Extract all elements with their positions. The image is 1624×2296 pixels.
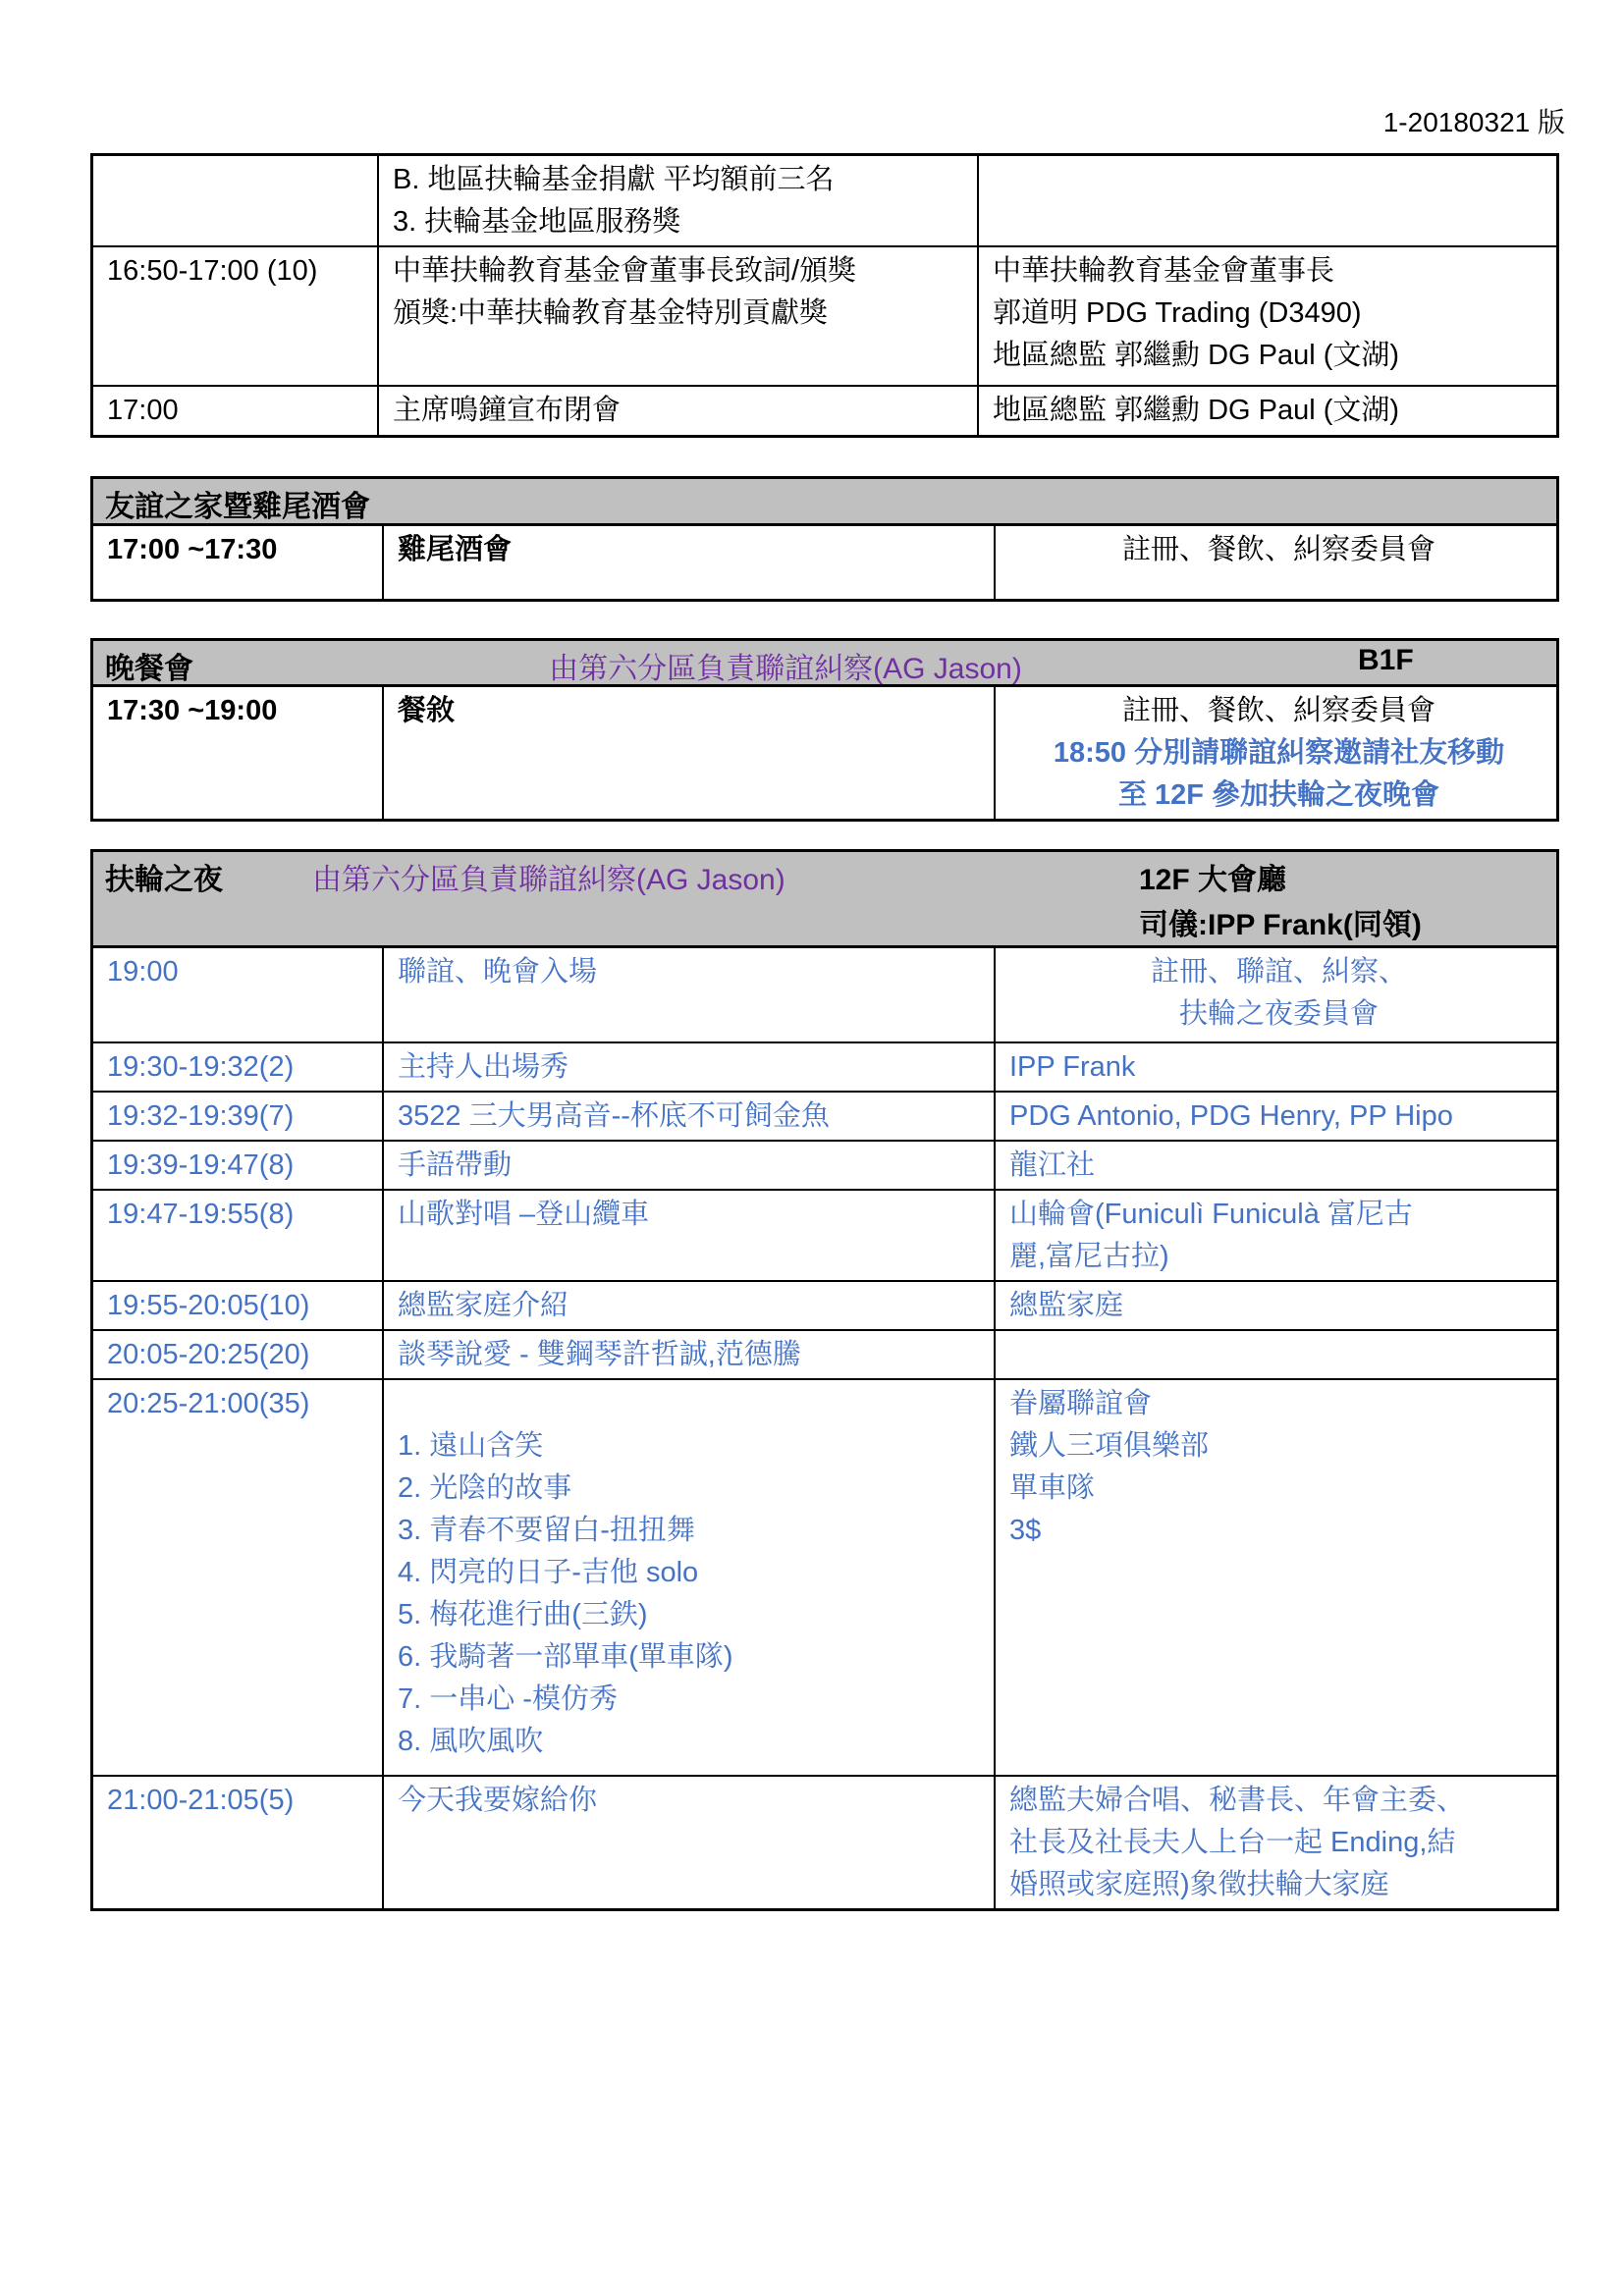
- table-row: 19:55-20:05(10)總監家庭介紹總監家庭: [93, 1282, 1556, 1331]
- table-row: 17:30 ~19:00餐敘註冊、餐飲、糾察委員會18:50 分別請聯誼糾察邀請…: [93, 687, 1556, 819]
- program-cell: 雞尾酒會: [384, 526, 996, 599]
- cell-line: 3. 扶輪基金地區服務獎: [393, 201, 969, 243]
- responsible-cell: 註冊、餐飲、糾察委員會: [996, 526, 1556, 599]
- cell-line: 主席鳴鐘宣布閉會: [393, 390, 969, 432]
- time-cell: 20:25-21:00(35): [93, 1380, 384, 1775]
- cell-line: 中華扶輪教育基金會董事長: [993, 250, 1548, 293]
- responsible-cell: 註冊、聯誼、糾察、扶輪之夜委員會: [996, 948, 1556, 1041]
- table-row: 17:00主席鳴鐘宣布閉會地區總監 郭繼勳 DG Paul (文湖): [93, 387, 1556, 435]
- time-cell: 16:50-17:00 (10): [93, 247, 379, 385]
- table-row: 19:39-19:47(8)手語帶動龍江社: [93, 1142, 1556, 1191]
- table-row: 19:30-19:32(2)主持人出場秀IPP Frank: [93, 1043, 1556, 1093]
- cell-line: 19:00: [107, 951, 374, 993]
- cell-line: 3. 青春不要留白-扭扭舞: [398, 1510, 986, 1552]
- document-page: 1-20180321 版 B. 地區扶輪基金捐獻 平均額前三名3. 扶輪基金地區…: [0, 0, 1624, 2296]
- cell-line: 1. 遠山含笑: [398, 1425, 986, 1468]
- section-header-text: 由第六分區負責聯誼糾察(AG Jason): [312, 855, 785, 898]
- responsible-cell: 眷屬聯誼會鐵人三項俱樂部單車隊3$: [996, 1380, 1556, 1775]
- time-cell: 19:55-20:05(10): [93, 1282, 384, 1329]
- time-cell: 19:32-19:39(7): [93, 1093, 384, 1140]
- cell-line: 郭道明 PDG Trading (D3490): [993, 293, 1548, 335]
- section-header-text: 友誼之家暨雞尾酒會: [105, 482, 370, 525]
- section-header-text: 由第六分區負責聯誼糾察(AG Jason): [54, 644, 1517, 687]
- cell-line: IPP Frank: [1009, 1046, 1548, 1089]
- cell-line: 3522 三大男高音--杯底不可飼金魚: [398, 1095, 986, 1138]
- cell-line: 2. 光陰的故事: [398, 1468, 986, 1510]
- responsible-cell: IPP Frank: [996, 1043, 1556, 1091]
- cell-line: 6. 我騎著一部單車(單車隊): [398, 1636, 986, 1679]
- program-cell: 主席鳴鐘宣布閉會: [379, 387, 979, 435]
- section-header-text: B1F: [1358, 644, 1414, 677]
- time-cell: 17:00: [93, 387, 379, 435]
- responsible-cell: [979, 156, 1556, 245]
- table-section-header: 晚餐會由第六分區負責聯誼糾察(AG Jason)B1F: [93, 641, 1556, 687]
- cell-line: 總監家庭介紹: [398, 1285, 986, 1327]
- table-row: 19:47-19:55(8)山歌對唱 –登山纜車山輪會(Funiculì Fun…: [93, 1191, 1556, 1282]
- cell-line: 聯誼、晚會入場: [398, 951, 986, 993]
- time-cell: 19:47-19:55(8): [93, 1191, 384, 1280]
- program-cell: 山歌對唱 –登山纜車: [384, 1191, 996, 1280]
- cell-line: 17:30 ~19:00: [107, 690, 374, 732]
- cell-line: B. 地區扶輪基金捐獻 平均額前三名: [393, 159, 969, 201]
- program-cell: 手語帶動: [384, 1142, 996, 1189]
- program-cell: 總監家庭介紹: [384, 1282, 996, 1329]
- table-row: 17:00 ~17:30雞尾酒會註冊、餐飲、糾察委員會: [93, 526, 1556, 599]
- cell-line: 扶輪之夜委員會: [1009, 993, 1548, 1036]
- cell-line: 雞尾酒會: [398, 529, 986, 571]
- time-cell: 17:30 ~19:00: [93, 687, 384, 819]
- cell-line: 21:00-21:05(5): [107, 1780, 374, 1822]
- responsible-cell: 山輪會(Funiculì Funiculà 富尼古麗,富尼古拉): [996, 1191, 1556, 1280]
- time-cell: 19:30-19:32(2): [93, 1043, 384, 1091]
- cell-line: 眷屬聯誼會: [1009, 1383, 1548, 1425]
- table-row: 16:50-17:00 (10)中華扶輪教育基金會董事長致詞/頒獎頒獎:中華扶輪…: [93, 247, 1556, 387]
- cell-line: PDG Antonio, PDG Henry, PP Hipo: [1009, 1095, 1548, 1138]
- cell-line: 19:32-19:39(7): [107, 1095, 374, 1138]
- closing-session-table: B. 地區扶輪基金捐獻 平均額前三名3. 扶輪基金地區服務獎16:50-17:0…: [90, 153, 1559, 438]
- friendship-cocktail-table: 友誼之家暨雞尾酒會17:00 ~17:30雞尾酒會註冊、餐飲、糾察委員會: [90, 476, 1559, 602]
- cell-line: 19:47-19:55(8): [107, 1194, 374, 1236]
- cell-line: 4. 閃亮的日子-吉他 solo: [398, 1552, 986, 1594]
- time-cell: 19:00: [93, 948, 384, 1041]
- table-row: B. 地區扶輪基金捐獻 平均額前三名3. 扶輪基金地區服務獎: [93, 156, 1556, 247]
- cell-line: 婚照或家庭照)象徵扶輪大家庭: [1009, 1864, 1548, 1906]
- section-header-text: 司儀:IPP Frank(同領): [1139, 900, 1422, 943]
- time-cell: 20:05-20:25(20): [93, 1331, 384, 1378]
- cell-line: 地區總監 郭繼勳 DG Paul (文湖): [993, 335, 1548, 377]
- cell-line: 至 12F 參加扶輪之夜晚會: [1009, 774, 1548, 817]
- responsible-cell: 地區總監 郭繼勳 DG Paul (文湖): [979, 387, 1556, 435]
- time-cell: 21:00-21:05(5): [93, 1777, 384, 1908]
- rotary-night-table: 扶輪之夜由第六分區負責聯誼糾察(AG Jason)12F 大會廳司儀:IPP F…: [90, 849, 1559, 1911]
- responsible-cell: [996, 1331, 1556, 1378]
- section-header-text: 12F 大會廳: [1139, 855, 1286, 898]
- responsible-cell: 總監夫婦合唱、秘書長、年會主委、社長及社長夫人上台一起 Ending,結婚照或家…: [996, 1777, 1556, 1908]
- cell-line: [398, 1383, 986, 1425]
- cell-line: 17:00 ~17:30: [107, 529, 374, 571]
- time-cell: 19:39-19:47(8): [93, 1142, 384, 1189]
- table-row: 21:00-21:05(5)今天我要嫁給你總監夫婦合唱、秘書長、年會主委、社長及…: [93, 1777, 1556, 1908]
- cell-line: 總監夫婦合唱、秘書長、年會主委、: [1009, 1780, 1548, 1822]
- dinner-table: 晚餐會由第六分區負責聯誼糾察(AG Jason)B1F17:30 ~19:00餐…: [90, 638, 1559, 822]
- responsible-cell: 龍江社: [996, 1142, 1556, 1189]
- cell-line: 註冊、聯誼、糾察、: [1009, 951, 1548, 993]
- cell-line: 16:50-17:00 (10): [107, 250, 369, 293]
- cell-line: 主持人出場秀: [398, 1046, 986, 1089]
- cell-line: 5. 梅花進行曲(三鉄): [398, 1594, 986, 1636]
- cell-line: 山輪會(Funiculì Funiculà 富尼古: [1009, 1194, 1548, 1236]
- program-cell: 1. 遠山含笑2. 光陰的故事3. 青春不要留白-扭扭舞4. 閃亮的日子-吉他 …: [384, 1380, 996, 1775]
- responsible-cell: 中華扶輪教育基金會董事長郭道明 PDG Trading (D3490)地區總監 …: [979, 247, 1556, 385]
- program-cell: 3522 三大男高音--杯底不可飼金魚: [384, 1093, 996, 1140]
- cell-line: 20:25-21:00(35): [107, 1383, 374, 1425]
- cell-line: 社長及社長夫人上台一起 Ending,結: [1009, 1822, 1548, 1864]
- cell-line: 山歌對唱 –登山纜車: [398, 1194, 986, 1236]
- table-row: 20:05-20:25(20)談琴說愛 - 雙鋼琴許哲誠,范德騰: [93, 1331, 1556, 1380]
- program-cell: B. 地區扶輪基金捐獻 平均額前三名3. 扶輪基金地區服務獎: [379, 156, 979, 245]
- time-cell: 17:00 ~17:30: [93, 526, 384, 599]
- cell-line: 20:05-20:25(20): [107, 1334, 374, 1376]
- program-cell: 聯誼、晚會入場: [384, 948, 996, 1041]
- cell-line: 談琴說愛 - 雙鋼琴許哲誠,范德騰: [398, 1334, 986, 1376]
- cell-line: 3$: [1009, 1510, 1548, 1552]
- table-row: 19:32-19:39(7)3522 三大男高音--杯底不可飼金魚PDG Ant…: [93, 1093, 1556, 1142]
- cell-line: 麗,富尼古拉): [1009, 1236, 1548, 1278]
- responsible-cell: 總監家庭: [996, 1282, 1556, 1329]
- cell-line: 19:55-20:05(10): [107, 1285, 374, 1327]
- cell-line: 鐵人三項俱樂部: [1009, 1425, 1548, 1468]
- program-cell: 餐敘: [384, 687, 996, 819]
- cell-line: 8. 風吹風吹: [398, 1721, 986, 1763]
- program-cell: 中華扶輪教育基金會董事長致詞/頒獎頒獎:中華扶輪教育基金特別貢獻獎: [379, 247, 979, 385]
- table-section-header: 友誼之家暨雞尾酒會: [93, 479, 1556, 526]
- program-cell: 主持人出場秀: [384, 1043, 996, 1091]
- cell-line: 19:30-19:32(2): [107, 1046, 374, 1089]
- cell-line: 龍江社: [1009, 1145, 1548, 1187]
- program-cell: 談琴說愛 - 雙鋼琴許哲誠,范德騰: [384, 1331, 996, 1378]
- cell-line: 19:39-19:47(8): [107, 1145, 374, 1187]
- cell-line: 註冊、餐飲、糾察委員會: [1009, 690, 1548, 732]
- cell-line: 餐敘: [398, 690, 986, 732]
- cell-line: 今天我要嫁給你: [398, 1780, 986, 1822]
- cell-line: 註冊、餐飲、糾察委員會: [1009, 529, 1548, 571]
- responsible-cell: 註冊、餐飲、糾察委員會18:50 分別請聯誼糾察邀請社友移動至 12F 參加扶輪…: [996, 687, 1556, 819]
- cell-line: 總監家庭: [1009, 1285, 1548, 1327]
- table-row: 20:25-21:00(35) 1. 遠山含笑2. 光陰的故事3. 青春不要留白…: [93, 1380, 1556, 1777]
- program-cell: 今天我要嫁給你: [384, 1777, 996, 1908]
- cell-line: 單車隊: [1009, 1468, 1548, 1510]
- table-row: 19:00聯誼、晚會入場註冊、聯誼、糾察、扶輪之夜委員會: [93, 948, 1556, 1043]
- cell-line: 18:50 分別請聯誼糾察邀請社友移動: [1009, 732, 1548, 774]
- cell-line: 17:00: [107, 390, 369, 432]
- version-label: 1-20180321 版: [1383, 101, 1565, 140]
- responsible-cell: PDG Antonio, PDG Henry, PP Hipo: [996, 1093, 1556, 1140]
- time-cell: [93, 156, 379, 245]
- cell-line: 中華扶輪教育基金會董事長致詞/頒獎: [393, 250, 969, 293]
- cell-line: 地區總監 郭繼勳 DG Paul (文湖): [993, 390, 1548, 432]
- section-header-text: 扶輪之夜: [105, 855, 223, 898]
- table-section-header: 扶輪之夜由第六分區負責聯誼糾察(AG Jason)12F 大會廳司儀:IPP F…: [93, 852, 1556, 948]
- cell-line: 7. 一串心 -模仿秀: [398, 1679, 986, 1721]
- cell-line: 頒獎:中華扶輪教育基金特別貢獻獎: [393, 293, 969, 335]
- cell-line: 手語帶動: [398, 1145, 986, 1187]
